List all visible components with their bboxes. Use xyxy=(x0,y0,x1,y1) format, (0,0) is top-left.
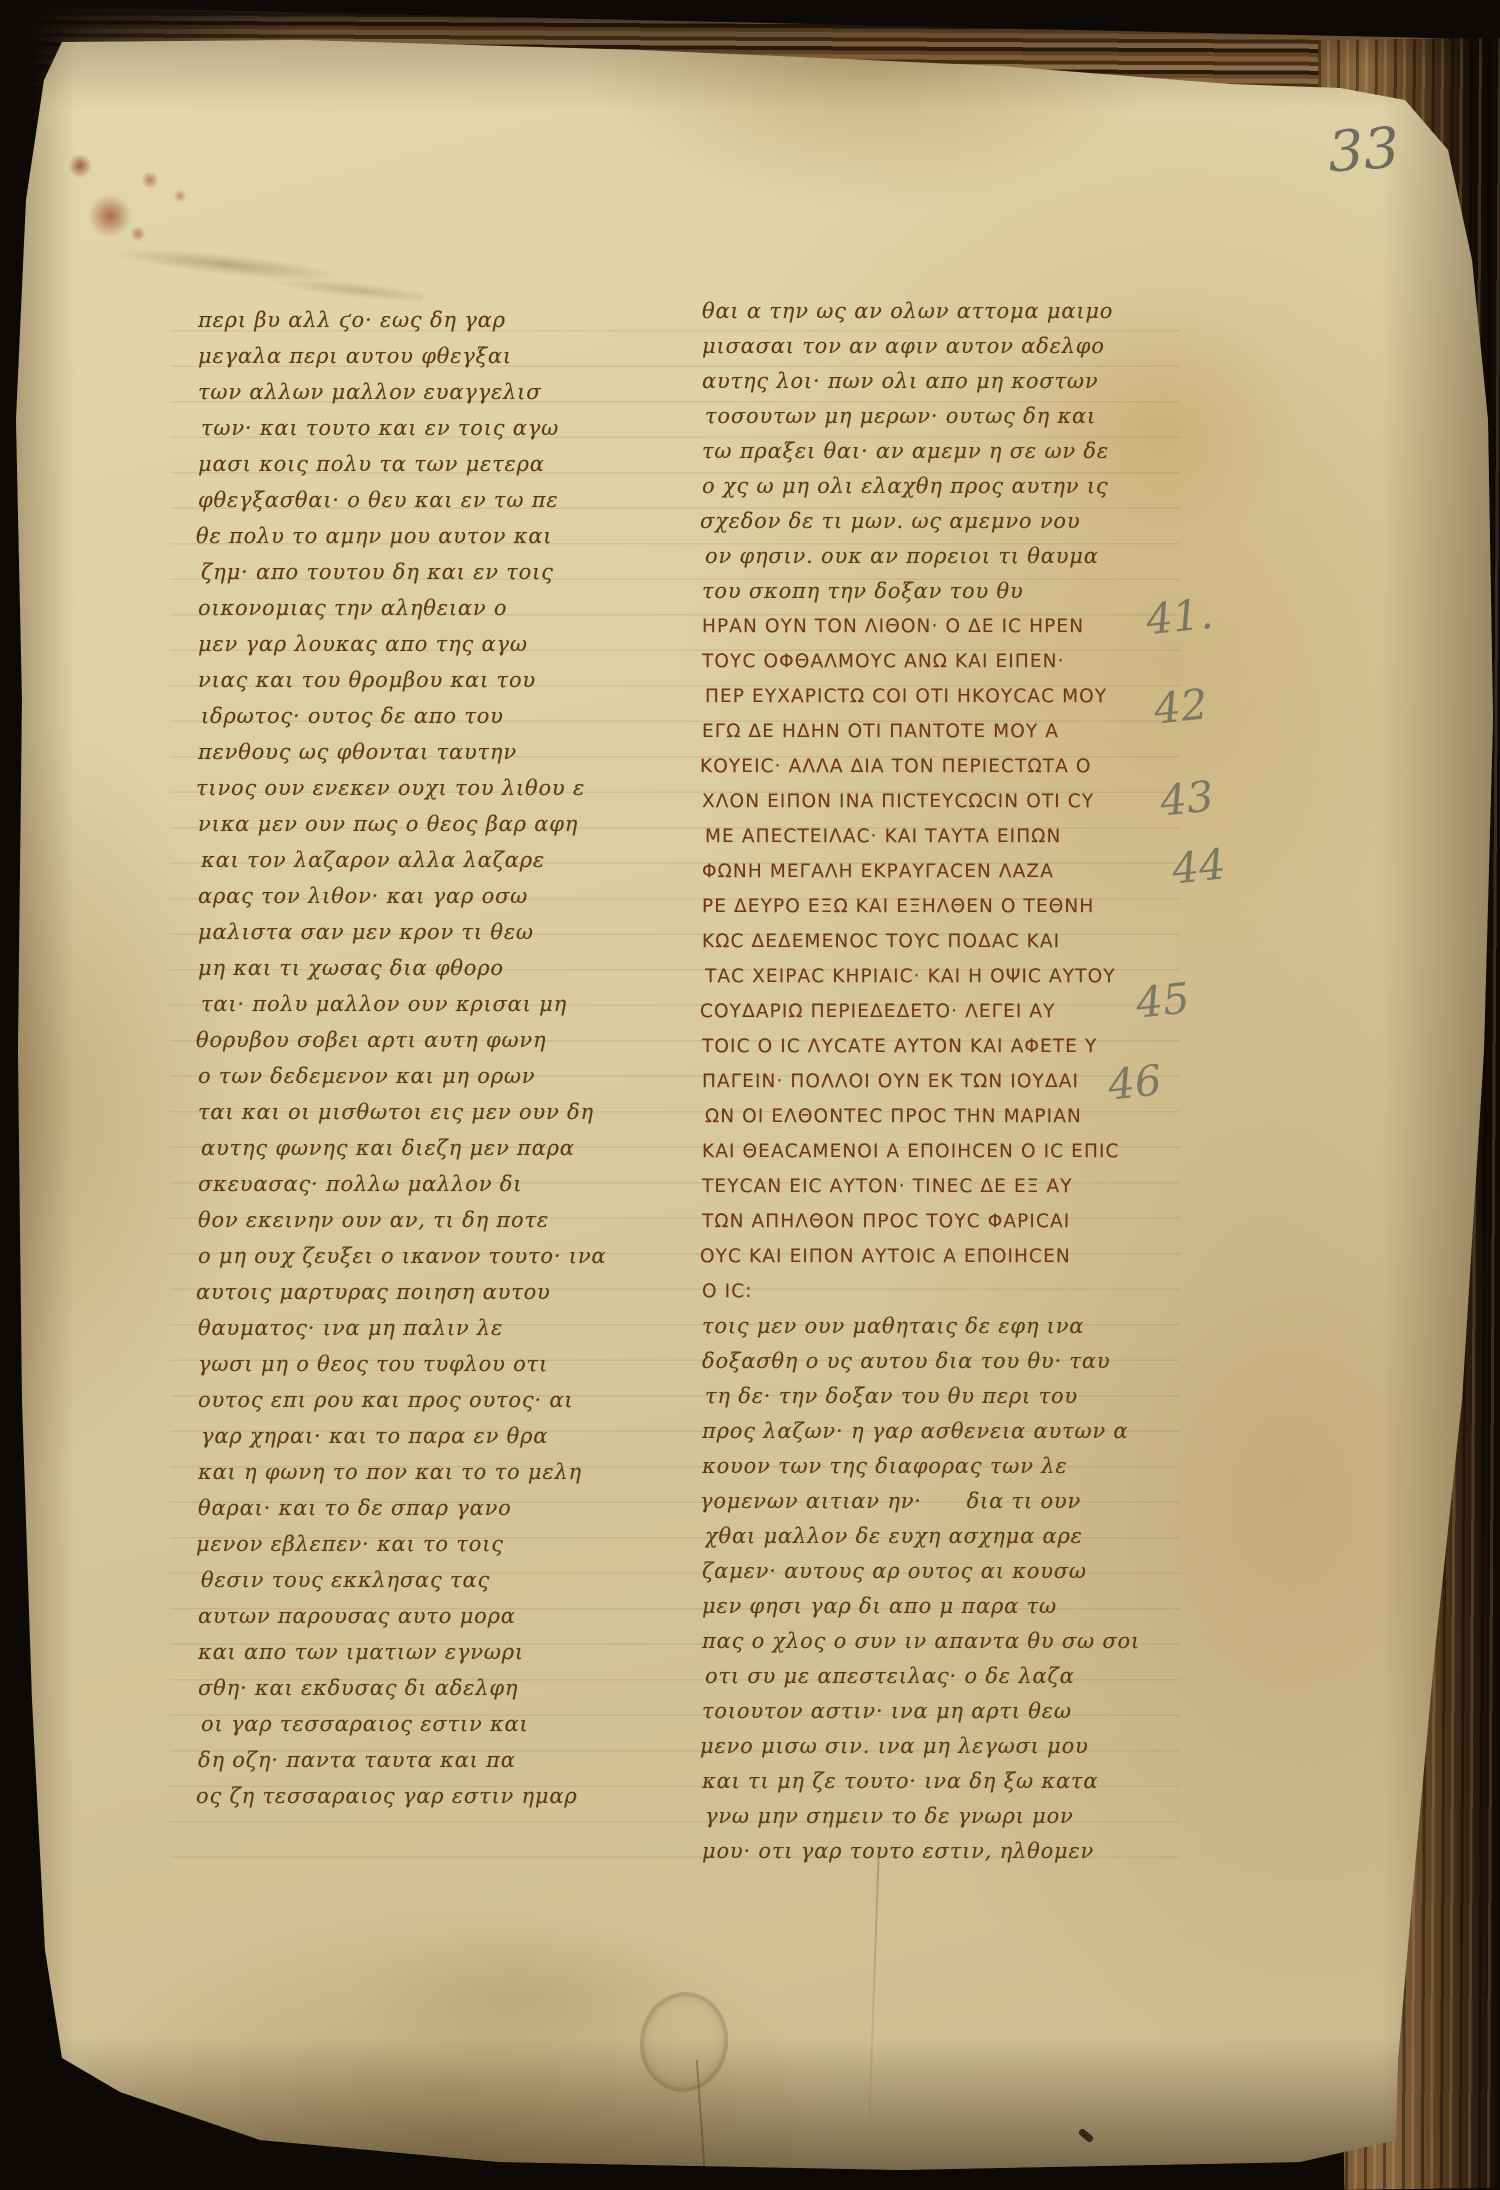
text-line: πενθους ως φθονται ταυτην xyxy=(198,734,650,770)
text-line: νιας και του θρομβου και του xyxy=(198,662,650,698)
text-line: ΠΑΓΕΙΝ· ΠΟΛΛΟΙ ΟΥΝ ΕΚ ΤΩΝ ΙΟΥΔΑΙ xyxy=(702,1064,1172,1099)
text-line: μεγαλα περι αυτου φθεγξαι xyxy=(198,338,650,374)
text-line: μενον εβλεπεν· και το τοις xyxy=(196,1526,648,1562)
text-line: θαι α την ως αν ολων αττομα μαιμο xyxy=(702,294,1172,329)
text-line: αυτων παρουσας αυτο μορα xyxy=(198,1598,650,1634)
text-line: ουτος επι ρου και προς ουτος· αι xyxy=(198,1382,650,1418)
left-text-column: περι βυ αλλ ϛο· εως δη γαρμεγαλα περι αυ… xyxy=(198,302,650,1814)
manuscript-photo: περι βυ αλλ ϛο· εως δη γαρμεγαλα περι αυ… xyxy=(0,0,1500,2190)
text-line: οικονομιας την αληθειαν ο xyxy=(198,590,650,626)
text-line: ον φησιν. ουκ αν πορειοι τι θαυμα xyxy=(705,539,1175,574)
text-line: δη οζη· παντα ταυτα και πα xyxy=(198,1742,650,1778)
text-line: ος ζη τεσσαραιος γαρ εστιν ημαρ xyxy=(196,1778,648,1814)
text-line: ζημ· απο τουτου δη και εν τοις xyxy=(201,554,653,590)
text-line: τινος ουν ενεκεν ουχι του λιθου ε xyxy=(196,770,648,806)
text-line: οτι συ με απεστειλας· ο δε λαζα xyxy=(705,1659,1175,1694)
text-line: ζαμεν· αυτους αρ ουτος αι κουσω xyxy=(702,1554,1172,1589)
text-line: ΤΩΝ ΑΠΗΛΘΟΝ ΠΡΟϹ ΤΟΥϹ ΦΑΡΙϹΑΙ xyxy=(702,1204,1172,1239)
text-line: των· και τουτο και εν τοις αγω xyxy=(201,410,653,446)
text-line: ΧΛΟΝ ΕΙΠΟΝ ΙΝΑ ΠΙϹΤΕΥϹΩϹΙΝ ΟΤΙ ϹΥ xyxy=(702,784,1172,819)
text-line: περι βυ αλλ ϛο· εως δη γαρ xyxy=(198,302,650,338)
text-line: ΡΕ ΔΕΥΡΟ ΕΞΩ ΚΑΙ ΕΞΗΛΘΕΝ Ο ΤΕΘΝΗ xyxy=(702,889,1172,924)
text-line: γνω μην σημειν το δε γνωρι μον xyxy=(705,1799,1175,1834)
text-line: ΚΑΙ ΘΕΑϹΑΜΕΝΟΙ Α ΕΠΟΙΗϹΕΝ Ο ΙϹ ΕΠΙϹ xyxy=(702,1134,1172,1169)
text-line: ΠΕΡ ΕΥΧΑΡΙϹΤΩ ϹΟΙ ΟΤΙ ΗΚΟΥϹΑϹ ΜΟΥ xyxy=(705,679,1175,714)
text-line: αυτης λοι· πων ολι απο μη κοστων xyxy=(702,364,1172,399)
text-line: αυτης φωνης και διεζη μεν παρα xyxy=(201,1130,653,1166)
text-line: μενο μισω σιν. ινα μη λεγωσι μου xyxy=(700,1729,1170,1764)
text-line: ο χς ω μη ολι ελαχθη προς αυτην ις xyxy=(702,469,1172,504)
text-line: ται και οι μισθωτοι εις μεν ουν δη xyxy=(198,1094,650,1130)
text-line: μισασαι τον αν αφιν αυτον αδελφο xyxy=(702,329,1172,364)
text-line: δοξασθη ο υς αυτου δια του θυ· ταυ xyxy=(702,1344,1172,1379)
text-line: ΤΕΥϹΑΝ ΕΙϹ ΑΥΤΟΝ· ΤΙΝΕϹ ΔΕ ΕΞ ΑΥ xyxy=(702,1169,1172,1204)
text-line: ΜΕ ΑΠΕϹΤΕΙΛΑϹ· ΚΑΙ ΤΑΥΤΑ ΕΙΠΩΝ xyxy=(705,819,1175,854)
text-line: ΚΟΥΕΙϹ· ΑΛΛΑ ΔΙΑ ΤΟΝ ΠΕΡΙΕϹΤΩΤΑ Ο xyxy=(700,749,1170,784)
text-line: φθεγξασθαι· ο θευ και εν τω πε xyxy=(198,482,650,518)
text-line: θεσιν τους εκκλησας τας xyxy=(201,1562,653,1598)
text-line: σθη· και εκδυσας δι αδελφη xyxy=(198,1670,650,1706)
text-line: κουον των της διαφορας των λε xyxy=(702,1449,1172,1484)
text-line: τω πραξει θαι· αν αμεμν η σε ων δε xyxy=(702,434,1172,469)
text-line: θαραι· και το δε σπαρ γανο xyxy=(198,1490,650,1526)
text-line: μασι κοις πολυ τα των μετερα xyxy=(198,446,650,482)
verse-number-46: 46 xyxy=(1106,1055,1164,1109)
text-line: Ο ΙϹ: xyxy=(702,1274,1172,1309)
text-line: αρας τον λιθον· και γαρ οσω xyxy=(198,878,650,914)
text-line: ται· πολυ μαλλον ουν κρισαι μη xyxy=(201,986,653,1022)
text-line: ιδρωτος· ουτος δε απο του xyxy=(201,698,653,734)
verse-number-45: 45 xyxy=(1134,973,1192,1027)
text-line: τοις μεν ουν μαθηταις δε εφη ινα xyxy=(702,1309,1172,1344)
text-line: τη δε· την δοξαν του θυ περι του xyxy=(705,1379,1175,1414)
text-line: σχεδον δε τι μων. ως αμεμνο νου xyxy=(700,504,1170,539)
text-line: ΚΩϹ ΔΕΔΕΜΕΝΟϹ ΤΟΥϹ ΠΟΔΑϹ ΚΑΙ xyxy=(702,924,1172,959)
text-line: θε πολυ το αμην μου αυτον και xyxy=(196,518,648,554)
text-line: μαλιστα σαν μεν κρον τι θεω xyxy=(198,914,650,950)
folio-number: 33 xyxy=(1326,116,1402,186)
smear-stain xyxy=(93,221,427,315)
text-line: ϹΟΥΔΑΡΙΩ ΠΕΡΙΕΔΕΔΕΤΟ· ΛΕΓΕΙ ΑΥ xyxy=(700,994,1170,1029)
text-line: μη και τι χωσας δια φθορο xyxy=(198,950,650,986)
text-line: σκευασας· πολλω μαλλον δι xyxy=(198,1166,650,1202)
text-line: πας ο χλος ο συν ιν απαντα θυ σω σοι xyxy=(702,1624,1172,1659)
text-line: ο των δεδεμενον και μη ορων xyxy=(198,1058,650,1094)
text-line: ΦΩΝΗ ΜΕΓΑΛΗ ΕΚΡΑΥΓΑϹΕΝ ΛΑΖΑ xyxy=(702,854,1172,889)
text-line: προς λαζων· η γαρ ασθενεια αυτων α xyxy=(702,1414,1172,1449)
text-line: νικα μεν ουν πως ο θεος βαρ αφη xyxy=(198,806,650,842)
verse-number-41: 41. xyxy=(1144,589,1216,645)
text-line: και τι μη ζε τουτο· ινα δη ξω κατα xyxy=(702,1764,1172,1799)
text-line: και η φωνη το πον και το το μελη xyxy=(198,1454,650,1490)
text-line: ΟΥϹ ΚΑΙ ΕΙΠΟΝ ΑΥΤΟΙϹ Α ΕΠΟΙΗϹΕΝ xyxy=(700,1239,1170,1274)
ink-speck xyxy=(1078,2128,1095,2144)
parchment-page: περι βυ αλλ ϛο· εως δη γαρμεγαλα περι αυ… xyxy=(0,0,1500,2190)
text-line: ΤΟΥϹ ΟΦΘΑΛΜΟΥϹ ΑΝΩ ΚΑΙ ΕΙΠΕΝ· xyxy=(702,644,1172,679)
right-text-column: θαι α την ως αν ολων αττομα μαιμομισασαι… xyxy=(702,294,1172,1869)
text-line: μεν γαρ λουκας απο της αγω xyxy=(198,626,650,662)
text-line: ΤΟΙϹ Ο ΙϹ ΛΥϹΑΤΕ ΑΥΤΟΝ ΚΑΙ ΑΦΕΤΕ Υ xyxy=(702,1029,1172,1064)
text-line: γωσι μη ο θεος του τυφλου οτι xyxy=(198,1346,650,1382)
text-line: ΗΡΑΝ ΟΥΝ ΤΟΝ ΛΙΘΟΝ· Ο ΔΕ ΙϹ ΗΡΕΝ xyxy=(702,609,1172,644)
text-line: ΤΑϹ ΧΕΙΡΑϹ ΚΗΡΙΑΙϹ· ΚΑΙ Η ΟΨΙϹ ΑΥΤΟΥ xyxy=(705,959,1175,994)
text-line: των αλλων μαλλον ευαγγελισ xyxy=(198,374,650,410)
text-line: ο μη ουχ ζευξει ο ικανον τουτο· ινα xyxy=(198,1238,650,1274)
verse-number-42: 42 xyxy=(1152,679,1210,733)
text-line: χθαι μαλλον δε ευχη ασχημα αρε xyxy=(705,1519,1175,1554)
crease-line xyxy=(866,1850,880,2180)
text-line: μεν φησι γαρ δι απο μ παρα τω xyxy=(702,1589,1172,1624)
text-line: και απο των ιματιων εγνωρι xyxy=(198,1634,650,1670)
text-line: γαρ χηραι· και το παρα εν θρα xyxy=(201,1418,653,1454)
text-line: και τον λαζαρον αλλα λαζαρε xyxy=(201,842,653,878)
verse-number-43: 43 xyxy=(1158,771,1216,825)
text-line: τοιουτον αστιν· ινα μη αρτι θεω xyxy=(702,1694,1172,1729)
verse-number-44: 44 xyxy=(1170,839,1228,893)
text-line: του σκοπη την δοξαν του θυ xyxy=(702,574,1172,609)
text-line: θον εκεινην ουν αν, τι δη ποτε xyxy=(198,1202,650,1238)
text-line: ΕΓΩ ΔΕ ΗΔΗΝ ΟΤΙ ΠΑΝΤΟΤΕ ΜΟΥ Α xyxy=(702,714,1172,749)
text-line: θαυματος· ινα μη παλιν λε xyxy=(198,1310,650,1346)
text-line: γομενων αιτιαν ην· δια τι ουν xyxy=(700,1484,1170,1519)
text-line: αυτοις μαρτυρας ποιηση αυτου xyxy=(196,1274,648,1310)
text-line: ΩΝ ΟΙ ΕΛΘΟΝΤΕϹ ΠΡΟϹ ΤΗΝ ΜΑΡΙΑΝ xyxy=(705,1099,1175,1134)
text-line: θορυβου σοβει αρτι αυτη φωνη xyxy=(196,1022,648,1058)
text-line: μου· οτι γαρ τουτο εστιν, ηλθομεν xyxy=(702,1834,1172,1869)
text-line: τοσουτων μη μερων· ουτως δη και xyxy=(705,399,1175,434)
text-line: οι γαρ τεσσαραιος εστιν και xyxy=(201,1706,653,1742)
